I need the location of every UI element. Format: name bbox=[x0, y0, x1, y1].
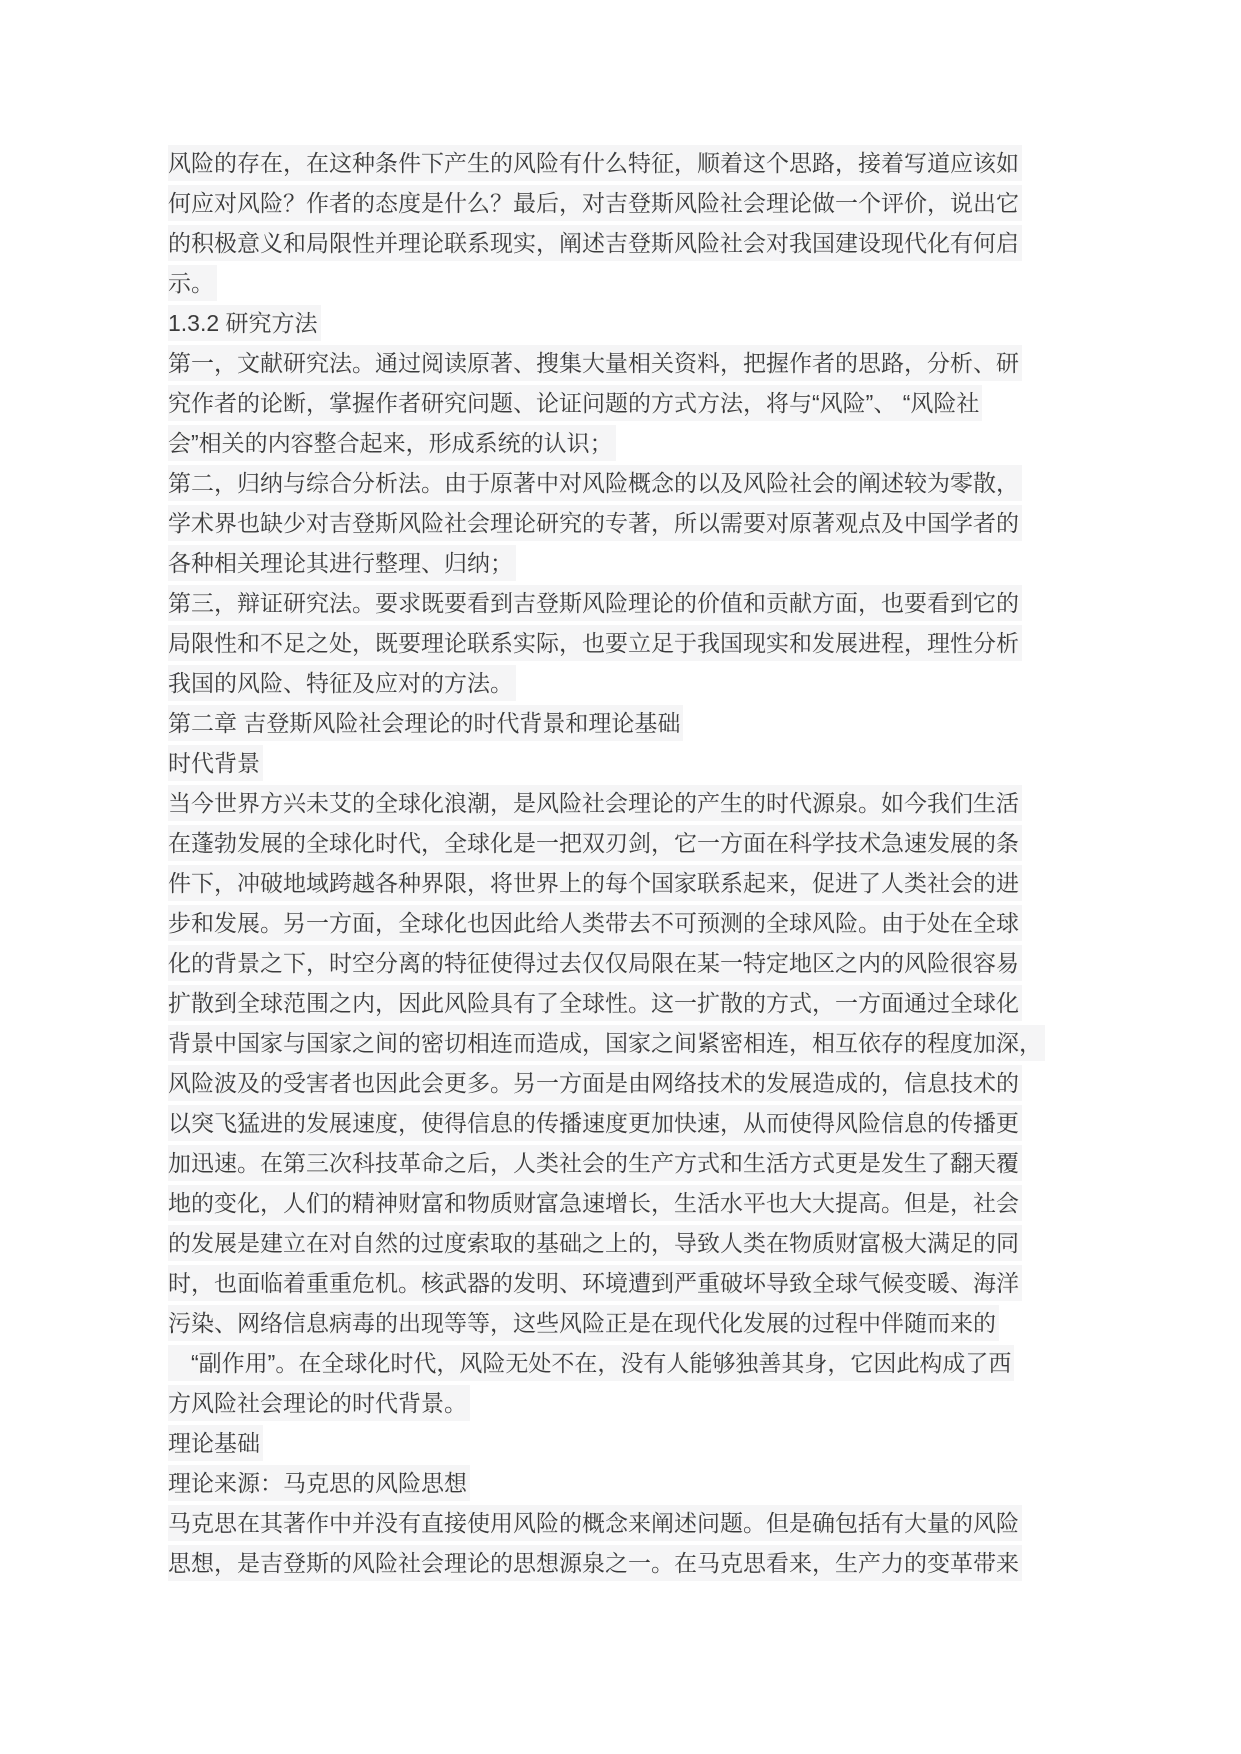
text-line-highlight: “副作用”。在全球化时代，风险无处不在，没有人能够独善其身，它因此构成了西 bbox=[168, 1345, 1014, 1381]
text-line-highlight: 理论来源：马克思的风险思想 bbox=[168, 1465, 470, 1501]
text-line-highlight: 第二章 吉登斯风险社会理论的时代背景和理论基础 bbox=[168, 705, 683, 741]
text-line-highlight: 风险波及的受害者也因此会更多。另一方面是由网络技术的发展造成的，信息技术的 bbox=[168, 1065, 1022, 1101]
text-line-highlight: 第三，辩证研究法。要求既要看到吉登斯风险理论的价值和贡献方面，也要看到它的 bbox=[168, 585, 1022, 621]
text-line: 扩散到全球范围之内，因此风险具有了全球性。这一扩散的方式，一方面通过全球化 bbox=[168, 983, 1045, 1023]
text-line-highlight: 污染、网络信息病毒的出现等等，这些风险正是在现代化发展的过程中伴随而来的 bbox=[168, 1305, 999, 1341]
text-line-highlight: 方风险社会理论的时代背景。 bbox=[168, 1385, 470, 1421]
text-line-highlight: 马克思在其著作中并没有直接使用风险的概念来阐述问题。但是确包括有大量的风险 bbox=[168, 1505, 1022, 1541]
text-line-highlight: 风险的存在，在这种条件下产生的风险有什么特征，顺着这个思路，接着写道应该如 bbox=[168, 145, 1022, 181]
text-line: 理论基础 bbox=[168, 1423, 1045, 1463]
text-line: 风险的存在，在这种条件下产生的风险有什么特征，顺着这个思路，接着写道应该如 bbox=[168, 143, 1045, 183]
text-line: 时代背景 bbox=[168, 743, 1045, 783]
text-line: 件下，冲破地域跨越各种界限，将世界上的每个国家联系起来，促进了人类社会的进 bbox=[168, 863, 1045, 903]
text-line-highlight: 示。 bbox=[168, 265, 217, 301]
text-line: 时，也面临着重重危机。核武器的发明、环境遭到严重破坏导致全球气候变暖、海洋 bbox=[168, 1263, 1045, 1303]
text-line: 当今世界方兴未艾的全球化浪潮，是风险社会理论的产生的时代源泉。如今我们生活 bbox=[168, 783, 1045, 823]
text-line: 化的背景之下，时空分离的特征使得过去仅仅局限在某一特定地区之内的风险很容易 bbox=[168, 943, 1045, 983]
text-line-highlight: 究作者的论断，掌握作者研究问题、论证问题的方式方法，将与“风险”、 “风险社 bbox=[168, 385, 982, 421]
text-line-highlight: 的发展是建立在对自然的过度索取的基础之上的，导致人类在物质财富极大满足的同 bbox=[168, 1225, 1022, 1261]
text-line-highlight: 第一，文献研究法。通过阅读原著、搜集大量相关资料，把握作者的思路，分析、研 bbox=[168, 345, 1022, 381]
text-line: 会”相关的内容整合起来，形成系统的认识； bbox=[168, 423, 1045, 463]
text-line: 的积极意义和局限性并理论联系现实，阐述吉登斯风险社会对我国建设现代化有何启 bbox=[168, 223, 1045, 263]
text-block: 风险的存在，在这种条件下产生的风险有什么特征，顺着这个思路，接着写道应该如何应对… bbox=[168, 143, 1045, 1583]
text-line: 局限性和不足之处，既要理论联系实际，也要立足于我国现实和发展进程，理性分析 bbox=[168, 623, 1045, 663]
text-line: 何应对风险？作者的态度是什么？最后，对吉登斯风险社会理论做一个评价，说出它 bbox=[168, 183, 1045, 223]
text-line-highlight: 各种相关理论其进行整理、归纳； bbox=[168, 545, 516, 581]
text-line: 示。 bbox=[168, 263, 1045, 303]
text-line: “副作用”。在全球化时代，风险无处不在，没有人能够独善其身，它因此构成了西 bbox=[168, 1343, 1045, 1383]
text-line: 加迅速。在第三次科技革命之后，人类社会的生产方式和生活方式更是发生了翻天覆 bbox=[168, 1143, 1045, 1183]
document-page: 风险的存在，在这种条件下产生的风险有什么特征，顺着这个思路，接着写道应该如何应对… bbox=[0, 0, 1241, 1754]
text-line: 第二章 吉登斯风险社会理论的时代背景和理论基础 bbox=[168, 703, 1045, 743]
text-line-highlight: 会”相关的内容整合起来，形成系统的认识； bbox=[168, 425, 616, 461]
text-line: 背景中国家与国家之间的密切相连而造成，国家之间紧密相连，相互依存的程度加深， bbox=[168, 1023, 1045, 1063]
text-line: 地的变化，人们的精神财富和物质财富急速增长，生活水平也大大提高。但是，社会 bbox=[168, 1183, 1045, 1223]
text-line-highlight: 的积极意义和局限性并理论联系现实，阐述吉登斯风险社会对我国建设现代化有何启 bbox=[168, 225, 1022, 261]
text-line-highlight: 件下，冲破地域跨越各种界限，将世界上的每个国家联系起来，促进了人类社会的进 bbox=[168, 865, 1022, 901]
text-line-highlight: 背景中国家与国家之间的密切相连而造成，国家之间紧密相连，相互依存的程度加深， bbox=[168, 1025, 1045, 1061]
text-line-highlight: 学术界也缺少对吉登斯风险社会理论研究的专著，所以需要对原著观点及中国学者的 bbox=[168, 505, 1022, 541]
text-line-highlight: 理论基础 bbox=[168, 1425, 263, 1461]
text-line-highlight: 第二，归纳与综合分析法。由于原著中对风险概念的以及风险社会的阐述较为零散， bbox=[168, 465, 1022, 501]
text-line: 思想，是吉登斯的风险社会理论的思想源泉之一。在马克思看来，生产力的变革带来 bbox=[168, 1543, 1045, 1583]
text-line: 各种相关理论其进行整理、归纳； bbox=[168, 543, 1045, 583]
text-line: 风险波及的受害者也因此会更多。另一方面是由网络技术的发展造成的，信息技术的 bbox=[168, 1063, 1045, 1103]
text-line: 究作者的论断，掌握作者研究问题、论证问题的方式方法，将与“风险”、 “风险社 bbox=[168, 383, 1045, 423]
text-line-highlight: 时代背景 bbox=[168, 745, 263, 781]
text-line: 步和发展。另一方面，全球化也因此给人类带去不可预测的全球风险。由于处在全球 bbox=[168, 903, 1045, 943]
text-line-highlight: 以突飞猛进的发展速度，使得信息的传播速度更加快速，从而使得风险信息的传播更 bbox=[168, 1105, 1022, 1141]
text-line-highlight: 化的背景之下，时空分离的特征使得过去仅仅局限在某一特定地区之内的风险很容易 bbox=[168, 945, 1022, 981]
text-line-highlight: 何应对风险？作者的态度是什么？最后，对吉登斯风险社会理论做一个评价，说出它 bbox=[168, 185, 1022, 221]
text-line: 1.3.2 研究方法 bbox=[168, 303, 1045, 343]
text-line: 污染、网络信息病毒的出现等等，这些风险正是在现代化发展的过程中伴随而来的 bbox=[168, 1303, 1045, 1343]
text-line: 理论来源：马克思的风险思想 bbox=[168, 1463, 1045, 1503]
text-line: 学术界也缺少对吉登斯风险社会理论研究的专著，所以需要对原著观点及中国学者的 bbox=[168, 503, 1045, 543]
text-line: 第一，文献研究法。通过阅读原著、搜集大量相关资料，把握作者的思路，分析、研 bbox=[168, 343, 1045, 383]
text-line-highlight: 我国的风险、特征及应对的方法。 bbox=[168, 665, 516, 701]
text-line: 在蓬勃发展的全球化时代，全球化是一把双刃剑，它一方面在科学技术急速发展的条 bbox=[168, 823, 1045, 863]
text-line-highlight: 在蓬勃发展的全球化时代，全球化是一把双刃剑，它一方面在科学技术急速发展的条 bbox=[168, 825, 1022, 861]
text-line: 第三，辩证研究法。要求既要看到吉登斯风险理论的价值和贡献方面，也要看到它的 bbox=[168, 583, 1045, 623]
text-line-highlight: 思想，是吉登斯的风险社会理论的思想源泉之一。在马克思看来，生产力的变革带来 bbox=[168, 1545, 1022, 1581]
text-line-highlight: 扩散到全球范围之内，因此风险具有了全球性。这一扩散的方式，一方面通过全球化 bbox=[168, 985, 1022, 1021]
text-line: 我国的风险、特征及应对的方法。 bbox=[168, 663, 1045, 703]
text-line: 的发展是建立在对自然的过度索取的基础之上的，导致人类在物质财富极大满足的同 bbox=[168, 1223, 1045, 1263]
text-line-highlight: 加迅速。在第三次科技革命之后，人类社会的生产方式和生活方式更是发生了翻天覆 bbox=[168, 1145, 1022, 1181]
text-line: 马克思在其著作中并没有直接使用风险的概念来阐述问题。但是确包括有大量的风险 bbox=[168, 1503, 1045, 1543]
text-line: 第二，归纳与综合分析法。由于原著中对风险概念的以及风险社会的阐述较为零散， bbox=[168, 463, 1045, 503]
text-line-highlight: 局限性和不足之处，既要理论联系实际，也要立足于我国现实和发展进程，理性分析 bbox=[168, 625, 1022, 661]
text-line: 以突飞猛进的发展速度，使得信息的传播速度更加快速，从而使得风险信息的传播更 bbox=[168, 1103, 1045, 1143]
text-line-highlight: 时，也面临着重重危机。核武器的发明、环境遭到严重破坏导致全球气候变暖、海洋 bbox=[168, 1265, 1022, 1301]
text-line: 方风险社会理论的时代背景。 bbox=[168, 1383, 1045, 1423]
text-line-highlight: 1.3.2 研究方法 bbox=[168, 305, 321, 341]
text-line-highlight: 当今世界方兴未艾的全球化浪潮，是风险社会理论的产生的时代源泉。如今我们生活 bbox=[168, 785, 1022, 821]
text-line-highlight: 地的变化，人们的精神财富和物质财富急速增长，生活水平也大大提高。但是，社会 bbox=[168, 1185, 1022, 1221]
text-line-highlight: 步和发展。另一方面，全球化也因此给人类带去不可预测的全球风险。由于处在全球 bbox=[168, 905, 1022, 941]
